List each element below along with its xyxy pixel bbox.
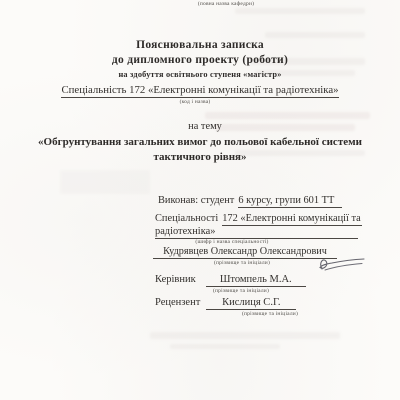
document-title-line1: Пояснювальна записка (0, 39, 400, 51)
degree-line: на здобуття освітнього ступеня «магістр» (0, 70, 400, 79)
reviewer-line: Рецензент Кислиця С.Г. (155, 297, 296, 310)
executor-specialty-value1: 172 «Електронні комунікації та (222, 213, 362, 226)
topic-line1: «Обгрунтування загальних вимог до польов… (0, 136, 400, 148)
executor-course-group: 6 курсу, групи 601 ТТ (238, 195, 342, 208)
document-title-line2: до дипломного проекту (роботи) (0, 54, 400, 66)
executor-prefix: Виконав: студент (158, 195, 234, 206)
bleed-through-artifact (205, 112, 370, 119)
specialty-heading-text: Спеціальність 172 «Електронні комунікаці… (61, 84, 338, 98)
department-name-caption: (повна назва кафедри) (146, 1, 306, 7)
topic-line2: тактичного рівня» (0, 151, 400, 163)
reviewer-label: Рецензент (155, 297, 200, 308)
bleed-through-artifact (150, 332, 340, 339)
supervisor-line: Керівник Штомпель М.А. (155, 274, 306, 287)
bleed-through-artifact (170, 344, 280, 349)
executor-specialty-caption: (шифр і назва спеціальності) (162, 239, 302, 245)
specialty-code-caption: (код і назва) (115, 99, 275, 105)
supervisor-label: Керівник (155, 274, 196, 285)
specialty-heading: Спеціальність 172 «Електронні комунікаці… (0, 84, 400, 96)
executor-specialty-line1: Спеціальності 172 «Електронні комунікаці… (155, 213, 362, 226)
executor-name-caption: (прізвище та ініціали) (192, 260, 292, 266)
signature-scribble (312, 254, 370, 276)
reviewer-name-caption: (прізвище та ініціали) (220, 311, 320, 317)
scanned-title-page: (повна назва кафедри) Пояснювальна запис… (0, 0, 400, 400)
bleed-through-artifact (235, 8, 365, 14)
supervisor-name-caption: (прізвище та ініціали) (191, 288, 291, 294)
bleed-through-artifact (60, 170, 150, 194)
bleed-through-artifact (265, 32, 365, 38)
topic-label: на тему (5, 121, 400, 132)
executor-full-name: Кудрявцев Олександр Олександрович (153, 246, 337, 259)
supervisor-name: Штомпель М.А. (206, 274, 306, 287)
reviewer-name: Кислиця С.Г. (206, 297, 296, 310)
executor-specialty-label: Спеціальності (155, 213, 218, 224)
executor-specialty-value2: радіотехніка» (155, 226, 358, 239)
executor-line: Виконав: студент 6 курсу, групи 601 ТТ (158, 195, 342, 208)
